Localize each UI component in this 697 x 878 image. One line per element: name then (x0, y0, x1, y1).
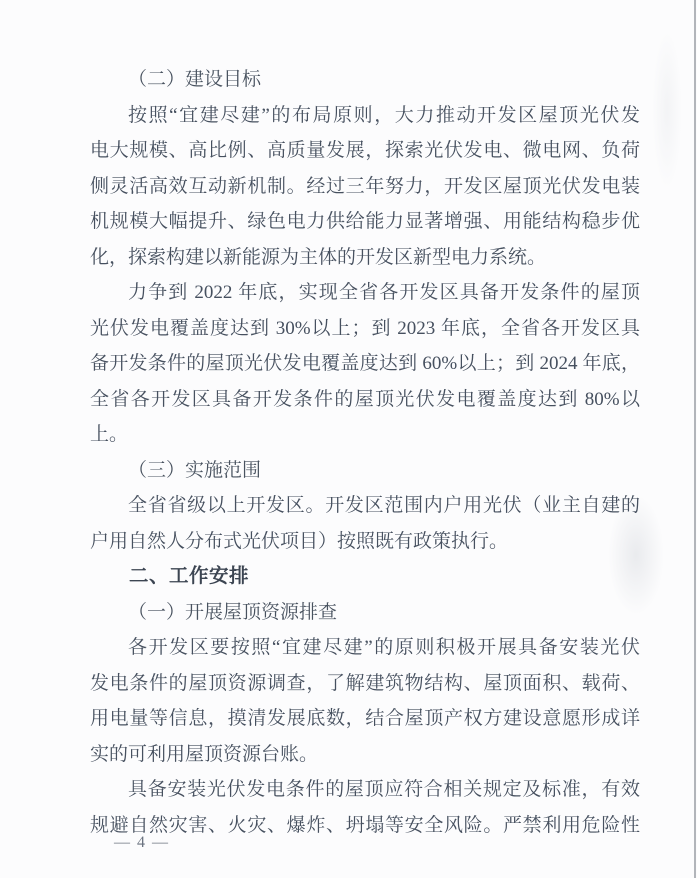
subheading-construction-goals: （二）建设目标 (90, 62, 640, 98)
body-line: 光伏发电覆盖度达到 30%以上；到 2023 年底，全省各开发区具 (90, 311, 640, 347)
body-line: 具备安装光伏发电条件的屋顶应符合相关规定及标准，有效 (90, 772, 640, 808)
body-line: 户用自然人分布式光伏项目）按照既有政策执行。 (90, 524, 640, 560)
body-line: 各开发区要按照“宜建尽建”的原则积极开展具备安装光伏 (90, 630, 640, 666)
body-line: 用电量等信息，摸清发展底数，结合屋顶产权方建设意愿形成详 (90, 701, 640, 737)
document-body: （二）建设目标 按照“宜建尽建”的布局原则，大力推动开发区屋顶光伏发 电大规模、… (90, 62, 640, 843)
page-number: — 4 — (114, 834, 170, 852)
subheading-rooftop-resource-survey: （一）开展屋顶资源排查 (90, 595, 640, 631)
body-line: 化，探索构建以新能源为主体的开发区新型电力系统。 (90, 240, 640, 276)
scan-edge-line (694, 0, 696, 878)
body-line: 全省各开发区具备开发条件的屋顶光伏发电覆盖度达到 80%以 (90, 382, 640, 418)
body-line: 侧灵活高效互动新机制。经过三年努力，开发区屋顶光伏发电装 (90, 169, 640, 205)
body-line: 全省省级以上开发区。开发区范围内户用光伏（业主自建的 (90, 488, 640, 524)
body-line: 实的可利用屋顶资源台账。 (90, 737, 640, 773)
scanned-document-page: （二）建设目标 按照“宜建尽建”的布局原则，大力推动开发区屋顶光伏发 电大规模、… (0, 0, 697, 878)
body-line: 上。 (90, 417, 640, 453)
subheading-implementation-scope: （三）实施范围 (90, 453, 640, 489)
body-line: 规避自然灾害、火灾、爆炸、坍塌等安全风险。严禁利用危险性 (90, 808, 640, 844)
body-line: 电大规模、高比例、高质量发展，探索光伏发电、微电网、负荷 (90, 133, 640, 169)
body-line: 备开发条件的屋顶光伏发电覆盖度达到 60%以上；到 2024 年底， (90, 346, 640, 382)
body-line: 发电条件的屋顶资源调查，了解建筑物结构、屋顶面积、载荷、 (90, 666, 640, 702)
heading-work-arrangement: 二、工作安排 (90, 559, 640, 595)
body-line: 力争到 2022 年底，实现全省各开发区具备开发条件的屋顶 (90, 275, 640, 311)
scan-smudge-top-right (652, 30, 682, 190)
body-line: 按照“宜建尽建”的布局原则，大力推动开发区屋顶光伏发 (90, 98, 640, 134)
body-line: 机规模大幅提升、绿色电力供给能力显著增强、用能结构稳步优 (90, 204, 640, 240)
